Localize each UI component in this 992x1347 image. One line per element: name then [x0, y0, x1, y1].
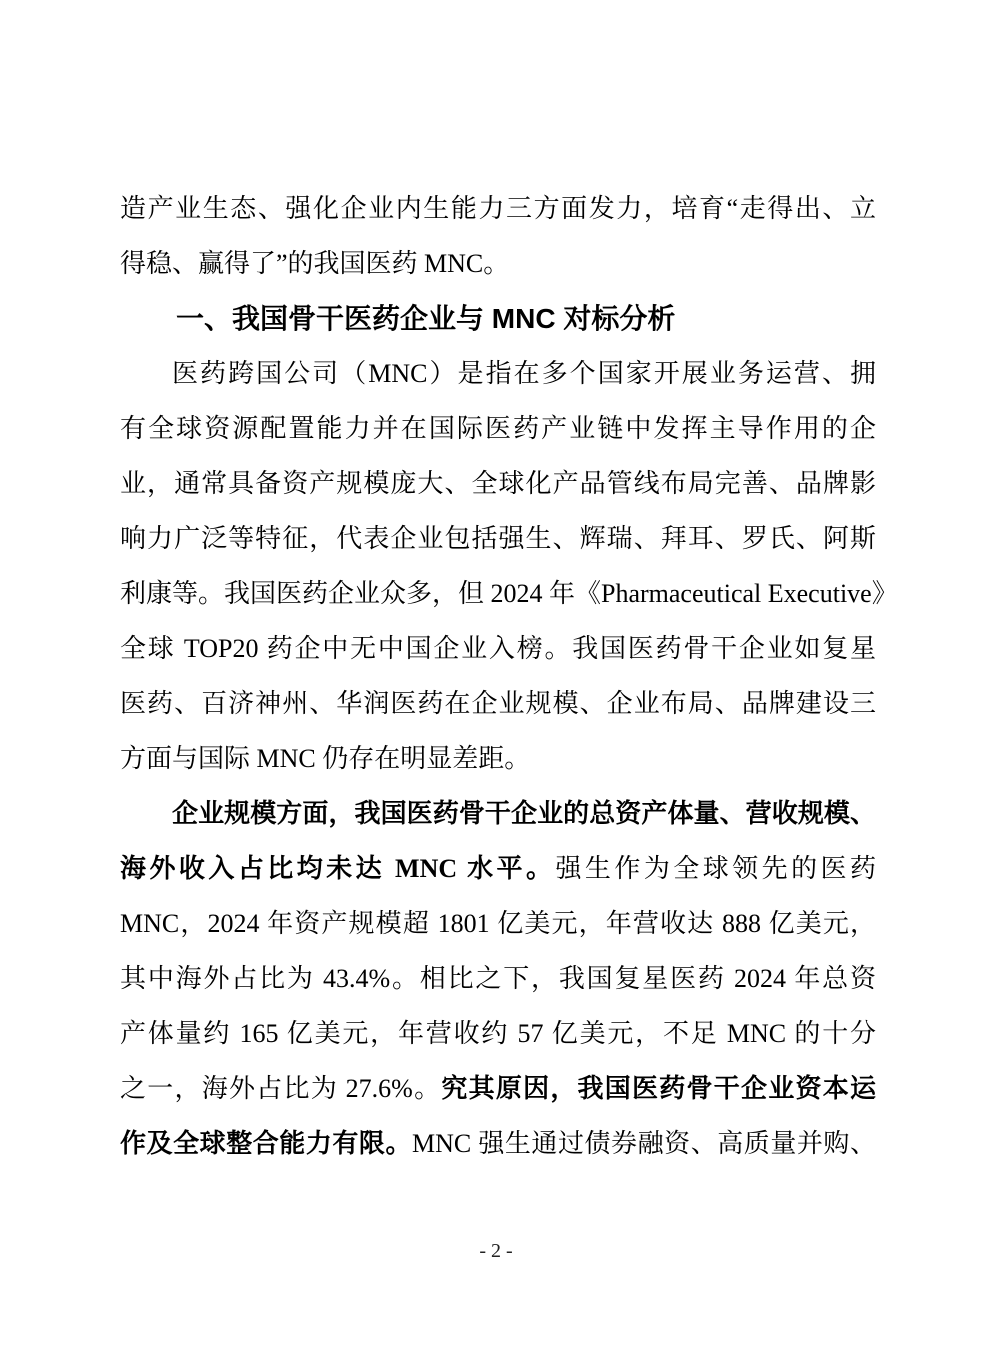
text-line: 产体量约 165 亿美元，年营收约 57 亿美元，不足 MNC 的十分: [120, 1006, 876, 1061]
text-line: 得稳、赢得了”的我国医药 MNC。: [120, 236, 876, 291]
text-line: 医药、百济神州、华润医药在企业规模、企业布局、品牌建设三: [120, 676, 876, 731]
document-page: 造产业生态、强化企业内生能力三方面发力，培育“走得出、立 得稳、赢得了”的我国医…: [0, 0, 992, 1347]
text-block: 造产业生态、强化企业内生能力三方面发力，培育“走得出、立 得稳、赢得了”的我国医…: [120, 181, 876, 1171]
bold-run: 究其原因，我国医药骨干企业资本运: [441, 1074, 876, 1103]
section-heading: 一、我国骨干医药企业与 MNC 对标分析: [120, 291, 876, 346]
bold-run: 作及全球整合能力有限。: [120, 1129, 412, 1158]
text-line: 方面与国际 MNC 仍存在明显差距。: [120, 731, 876, 786]
text-line: 利康等。我国医药企业众多，但 2024 年《Pharmaceutical Exe…: [120, 566, 876, 621]
text-line: 有全球资源配置能力并在国际医药产业链中发挥主导作用的企: [120, 401, 876, 456]
bold-run: 企业规模方面，我国医药骨干企业的总资产体量、营收规模、: [172, 799, 876, 828]
text-line: 作及全球整合能力有限。MNC 强生通过债券融资、高质量并购、: [120, 1116, 876, 1171]
page-number: - 2 -: [0, 1240, 992, 1263]
text-line: 响力广泛等特征，代表企业包括强生、辉瑞、拜耳、罗氏、阿斯: [120, 511, 876, 566]
text-line: 其中海外占比为 43.4%。相比之下，我国复星医药 2024 年总资: [120, 951, 876, 1006]
text-line: 之一，海外占比为 27.6%。究其原因，我国医药骨干企业资本运: [120, 1061, 876, 1116]
text-line: 造产业生态、强化企业内生能力三方面发力，培育“走得出、立: [120, 181, 876, 236]
text-run: 强生作为全球领先的医药: [555, 854, 876, 883]
text-run: 之一，海外占比为 27.6%。: [120, 1074, 441, 1103]
text-line: 医药跨国公司（MNC）是指在多个国家开展业务运营、拥: [120, 346, 876, 401]
bold-run: 海外收入占比均未达 MNC 水平。: [120, 854, 555, 883]
text-line: 海外收入占比均未达 MNC 水平。强生作为全球领先的医药: [120, 841, 876, 896]
text-line: 业，通常具备资产规模庞大、全球化产品管线布局完善、品牌影: [120, 456, 876, 511]
text-line: 企业规模方面，我国医药骨干企业的总资产体量、营收规模、: [120, 786, 876, 841]
text-run: MNC 强生通过债券融资、高质量并购、: [412, 1129, 876, 1158]
text-line: MNC，2024 年资产规模超 1801 亿美元，年营收达 888 亿美元，: [120, 896, 876, 951]
text-line: 全球 TOP20 药企中无中国企业入榜。我国医药骨干企业如复星: [120, 621, 876, 676]
